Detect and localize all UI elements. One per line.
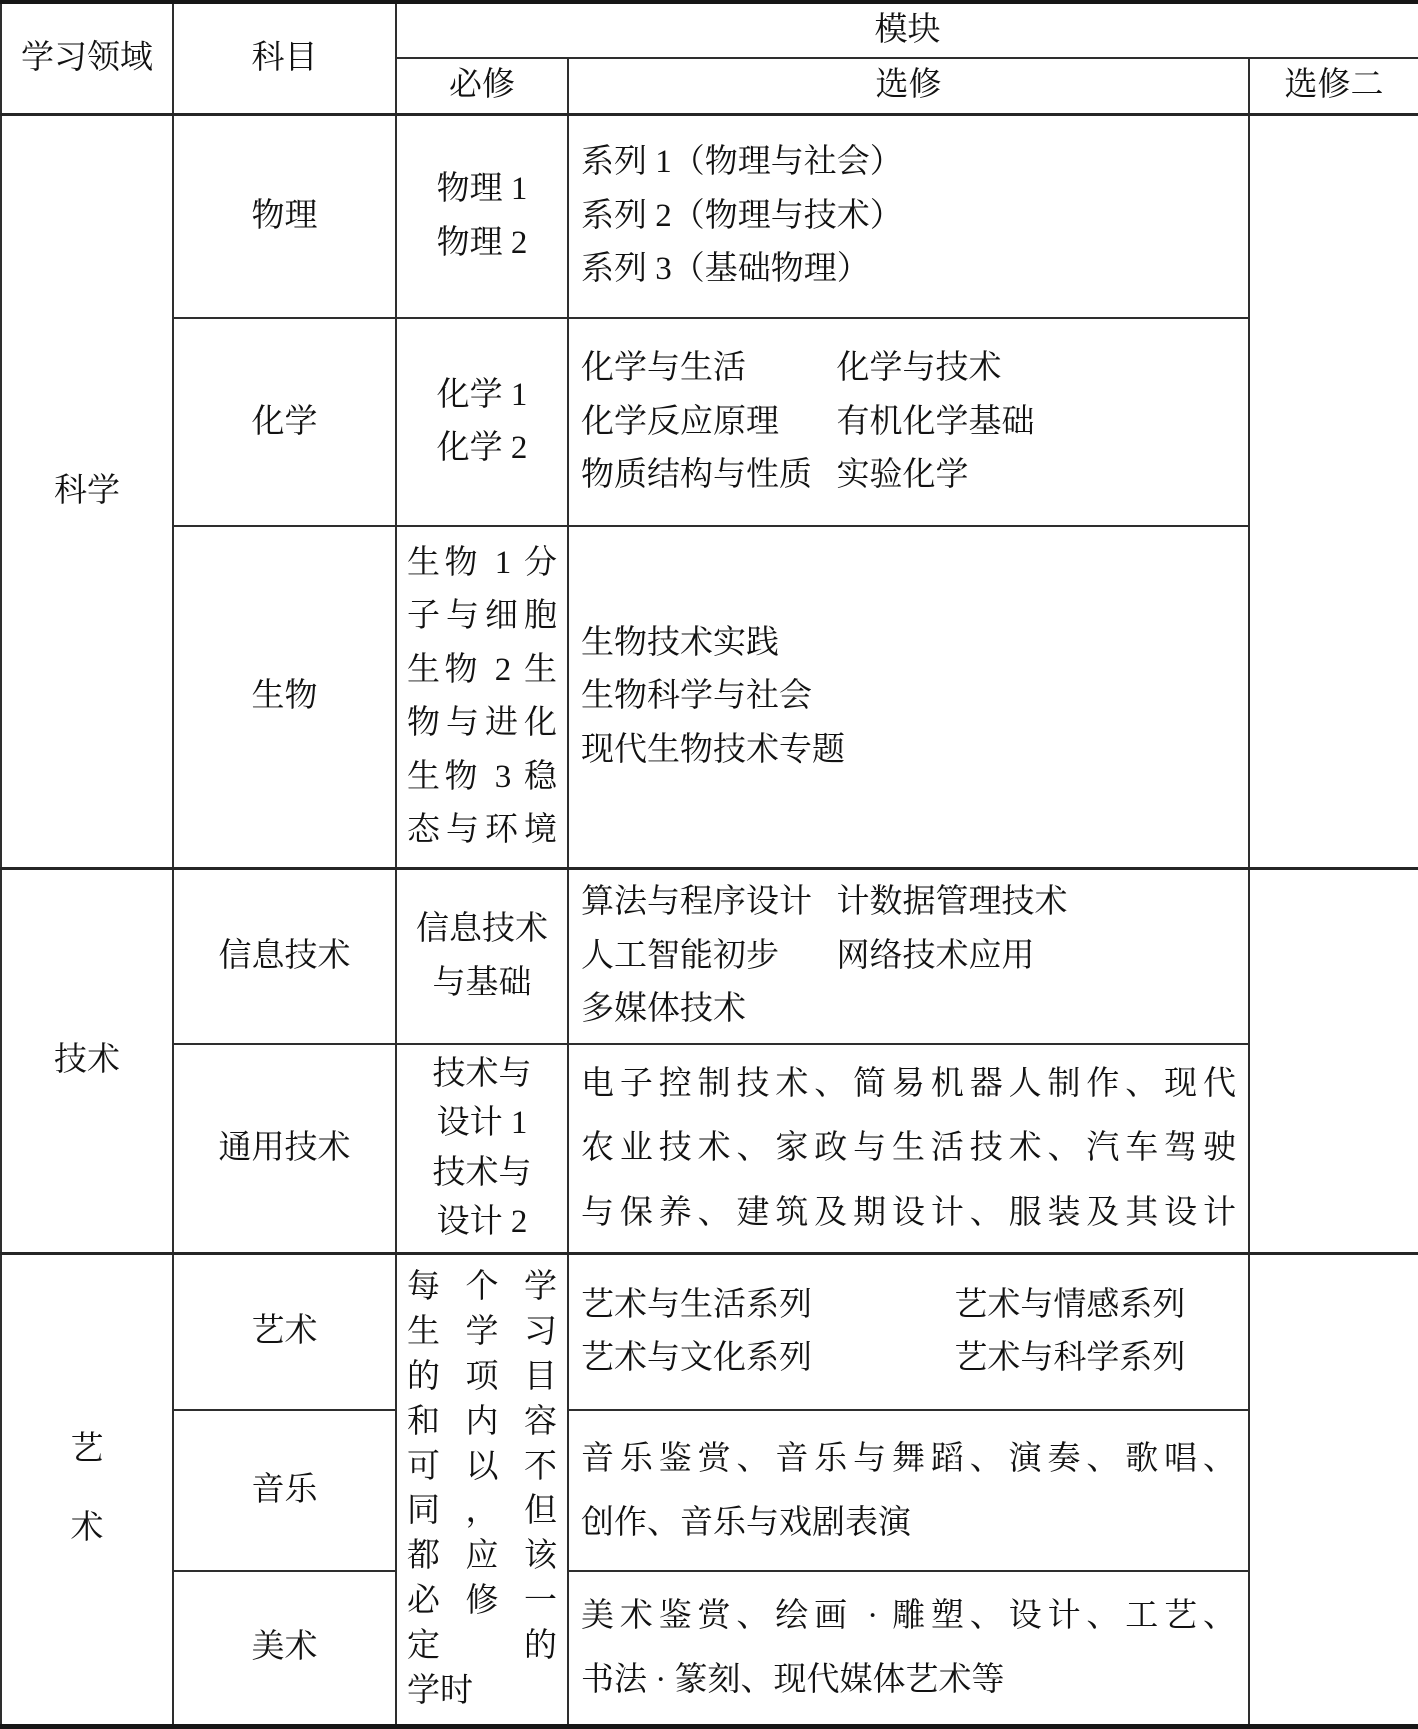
elective-physics: 系列 1（物理与社会）系列 2（物理与技术）系列 3（基础物理） [568, 114, 1249, 318]
curriculum-table: 学习领域 科目 模块 必修 选修 选修二 科学 物理 物理 1物理 2 系列 1… [0, 0, 1418, 1729]
required-biology: 生物 1 分子与细胞生物 2 生物与进化生物 3 稳态与环境 [396, 526, 568, 868]
subject-physics: 物理 [173, 114, 396, 318]
subject-art: 艺术 [173, 1253, 396, 1410]
elective-two-science-cell [1249, 114, 1418, 868]
elective-chemistry-col1: 化学与生活化学反应原理物质结构与性质 [581, 342, 836, 502]
elective-biology: 生物技术实践生物科学与社会现代生物技术专题 [568, 526, 1249, 868]
elective-chemistry: 化学与生活化学反应原理物质结构与性质 化学与技术有机化学基础实验化学 [568, 318, 1249, 526]
elective-music: 音乐鉴赏、音乐与舞蹈、演奏、歌唱、创作、音乐与戏剧表演 [568, 1410, 1249, 1571]
elective-two-arts-cell [1249, 1253, 1418, 1726]
header-elective: 选修 [568, 58, 1249, 114]
header-elective-two: 选修二 [1249, 58, 1418, 114]
elective-two-technology-cell [1249, 868, 1418, 1253]
required-physics: 物理 1物理 2 [396, 114, 568, 318]
elective-fine-art: 美术鉴赏、绘画 · 雕塑、设计、工艺、书法 · 篆刻、现代媒体艺术等 [568, 1571, 1249, 1726]
subject-information-technology: 信息技术 [173, 868, 396, 1044]
elective-art: 艺术与生活系列艺术与文化系列 艺术与情感系列艺术与科学系列 [568, 1253, 1249, 1410]
required-general-technology: 技术与设计 1技术与设计 2 [396, 1044, 568, 1253]
header-required: 必修 [396, 58, 568, 114]
required-chemistry: 化学 1化学 2 [396, 318, 568, 526]
elective-art-col2: 艺术与情感系列艺术与科学系列 [954, 1279, 1236, 1386]
elective-information-technology: 算法与程序设计人工智能初步多媒体技术 计数据管理技术网络技术应用 [568, 868, 1249, 1044]
header-learning-area: 学习领域 [1, 2, 173, 114]
subject-fine-art: 美术 [173, 1571, 396, 1726]
elective-it-col1: 算法与程序设计人工智能初步多媒体技术 [581, 876, 836, 1036]
area-arts: 艺术 [1, 1253, 173, 1726]
required-arts-note: 每个学生学习的项目和内容可以不同，但都应该必修一定的学时 [396, 1253, 568, 1726]
elective-art-col1: 艺术与生活系列艺术与文化系列 [581, 1279, 954, 1386]
subject-biology: 生物 [173, 526, 396, 868]
elective-chemistry-col2: 化学与技术有机化学基础实验化学 [836, 342, 1236, 502]
required-information-technology: 信息技术与基础 [396, 868, 568, 1044]
subject-chemistry: 化学 [173, 318, 396, 526]
elective-it-col2: 计数据管理技术网络技术应用 [836, 876, 1236, 983]
header-module: 模块 [396, 2, 1418, 58]
area-technology: 技术 [1, 868, 173, 1253]
subject-general-technology: 通用技术 [173, 1044, 396, 1253]
elective-general-technology: 电子控制技术、简易机器人制作、现代农业技术、家政与生活技术、汽车驾驶与保养、建筑… [568, 1044, 1249, 1253]
subject-music: 音乐 [173, 1410, 396, 1571]
area-science: 科学 [1, 114, 173, 868]
header-subject: 科目 [173, 2, 396, 114]
